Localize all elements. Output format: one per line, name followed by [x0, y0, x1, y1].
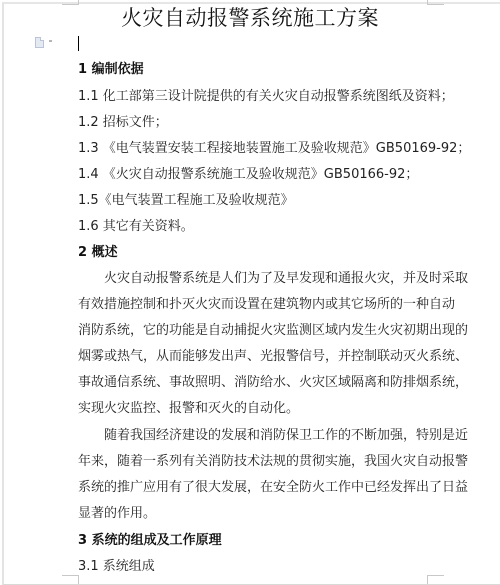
list-item: 1.6 其它有关资料。: [78, 218, 430, 236]
list-item: 1.3 《电气装置安装工程接地装置施工及验收规范》GB50169-92；: [78, 140, 430, 158]
document-title: 火灾自动报警系统施工方案: [0, 4, 500, 32]
paragraph-line: 事故通信系统、事故照明、消防给水、火灾区域隔离和防排烟系统，: [78, 374, 430, 392]
paragraph-line: 消防系统，它的功能是自动捕捉火灾监测区域内发生火灾初期出现的: [78, 322, 430, 340]
margin-crop-mark-bottom-left: [62, 575, 79, 584]
paragraph-line: 火灾自动报警系统是人们为了及早发现和通报火灾，并及时采取: [104, 270, 430, 288]
list-item: 3.1 系统组成: [78, 558, 430, 576]
text-cursor: [78, 36, 79, 51]
dropdown-dot-icon[interactable]: [49, 40, 52, 42]
section-heading-1: 1 编制依据: [78, 61, 430, 79]
list-item: 1.5《电气装置工程施工及验收规范》: [78, 192, 430, 210]
paragraph-line: 实现火灾监控、报警和灭火的自动化。: [78, 400, 430, 418]
document-icon[interactable]: [35, 37, 44, 48]
list-item: 1.2 招标文件；: [78, 114, 430, 132]
section-heading-3: 3 系统的组成及工作原理: [78, 532, 430, 550]
paragraph-line: 显著的作用。: [78, 505, 430, 523]
paragraph-line: 烟雾或热气，从而能够发出声、光报警信号，并控制联动灭火系统、: [78, 348, 430, 366]
section-heading-2: 2 概述: [78, 244, 430, 262]
list-item: 1.1 化工部第三设计院提供的有关火灾自动报警系统图纸及资料；: [78, 88, 430, 106]
list-item: 1.4 《火灾自动报警系统施工及验收规范》GB50166-92；: [78, 166, 430, 184]
paragraph-line: 随着我国经济建设的发展和消防保卫工作的不断加强，特别是近: [104, 427, 430, 445]
paragraph-line: 年来，随着一系列有关消防技术法规的贯彻实施，我国火灾自动报警: [78, 453, 430, 471]
margin-crop-mark-bottom-right: [427, 575, 444, 584]
paragraph-line: 系统的推广应用有了很大发展，在安全防火工作中已经发挥出了日益: [78, 479, 430, 497]
paragraph-line: 有效措施控制和扑灭火灾而设置在建筑物内或其它场所的一种自动: [78, 296, 430, 314]
